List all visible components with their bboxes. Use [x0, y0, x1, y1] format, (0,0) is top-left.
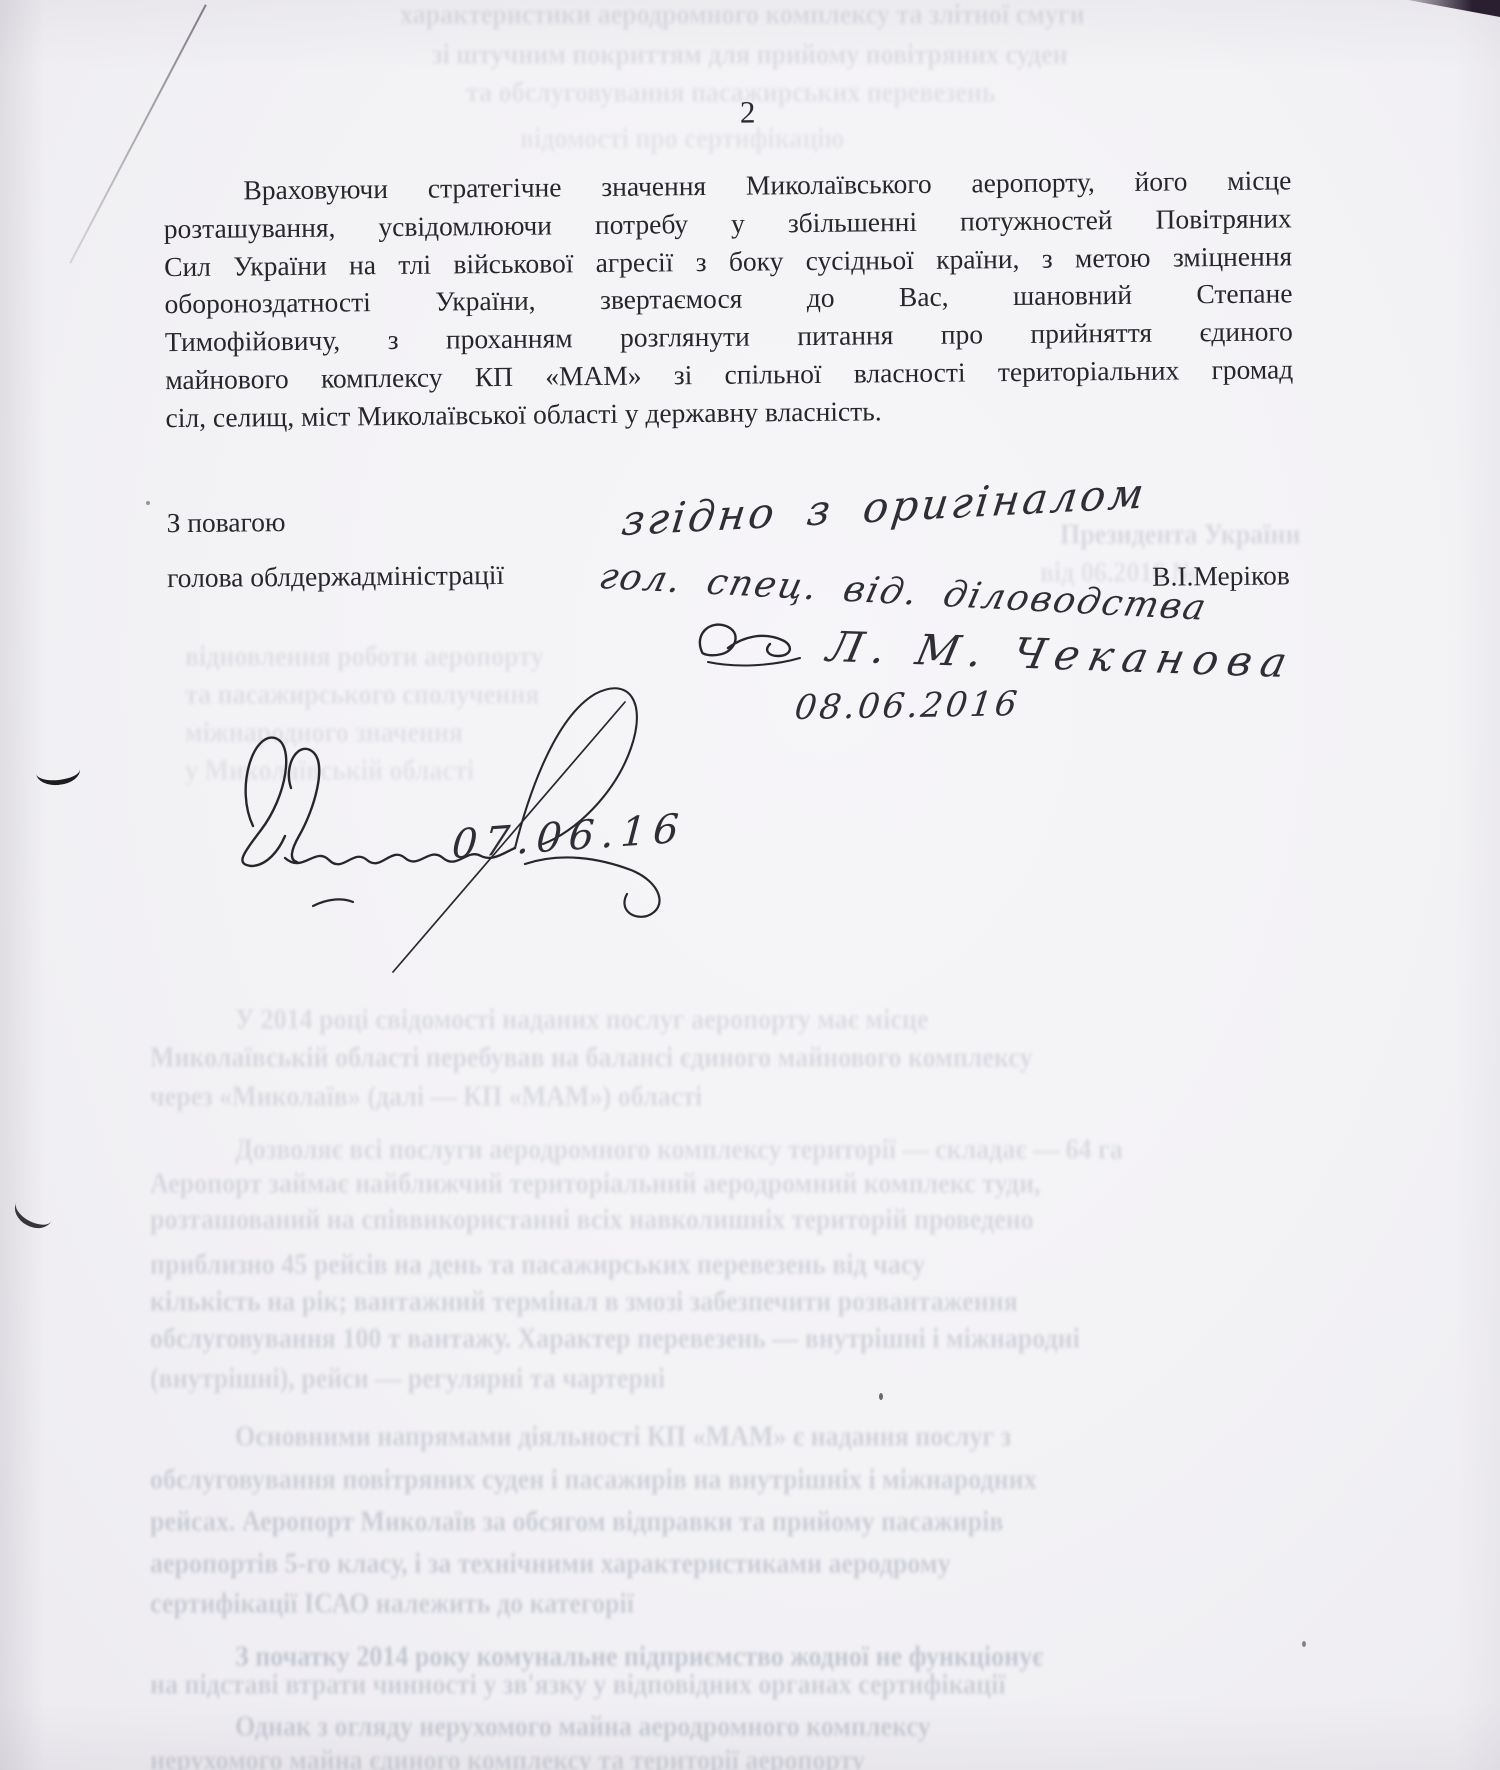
certification-date: 08.06.2016 [793, 684, 1023, 728]
signer-title: голова облдержадміністрації [167, 559, 504, 594]
ink-speck [1302, 1641, 1306, 1647]
body-paragraph: Враховуючи стратегічне значення Миколаїв… [163, 161, 1293, 436]
ink-speck [879, 1393, 883, 1400]
page-number: 2 [0, 87, 1498, 137]
ink-speck [146, 501, 150, 505]
scanned-letter-page: { "document": { "page_number": "2", "par… [0, 0, 1500, 1770]
chekanova-signature-flourish-icon [688, 614, 818, 674]
closing-salutation: З повагою [166, 506, 285, 539]
